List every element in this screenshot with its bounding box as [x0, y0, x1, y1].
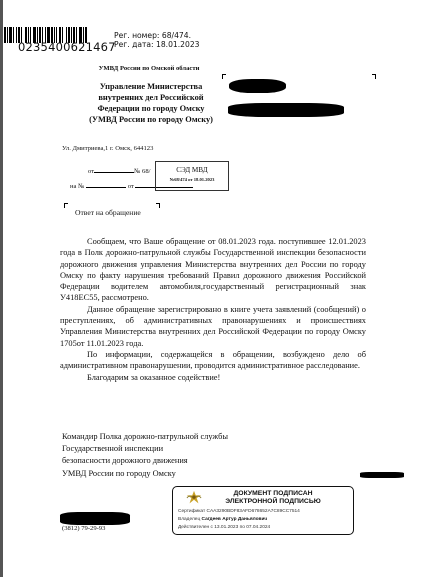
letter-body: Сообщаем, что Ваше обращение от 08.01.20…: [60, 236, 366, 383]
body-paragraph: Сообщаем, что Ваше обращение от 08.01.20…: [60, 236, 366, 304]
letter-subject: Ответ на обращение: [75, 208, 141, 217]
registration-info: Рег. номер: 68/474. Рег. дата: 18.01.202…: [114, 31, 200, 49]
certificate-label: Сертификат: [178, 509, 205, 514]
contact-phone: (3812) 79-29-93: [62, 525, 105, 532]
owner-label: Владелец: [178, 517, 200, 522]
subject-corner-left: [64, 203, 68, 208]
certificate-value: CAA3290BDF83AFD678652A7C89CC7514: [207, 509, 300, 514]
owner-row: Владелец Сагдеев Артур Даньялович: [178, 517, 267, 522]
body-paragraph: Данное обращение зарегистрировано в книг…: [60, 304, 366, 349]
signer-title: Командир Полка дорожно-патрульной службы…: [62, 431, 228, 480]
stamp-number: №68/474 от 18.01.2023: [156, 177, 228, 182]
certificate-row: Сертификат CAA3290BDF83AFD678652A7C89CC7…: [178, 509, 300, 514]
recipient-corner-right: [372, 74, 376, 79]
reg-date: Рег. дата: 18.01.2023: [114, 40, 200, 49]
recipient-address-redaction: [228, 103, 344, 117]
org-line: внутренних дел Российской: [66, 92, 236, 103]
page-left-edge: [0, 0, 3, 577]
signer-line: безопасности дорожного движения: [62, 455, 228, 467]
signer-line: УМВД России по городу Омску: [62, 468, 228, 480]
stamp-title: СЭД МВД: [156, 166, 228, 174]
barcode-number: 0235400621467: [18, 40, 116, 54]
executor-name-redaction: [60, 512, 130, 525]
subject-corner-right: [156, 203, 160, 208]
signer-name-redaction: [360, 472, 404, 478]
organization-name: Управление Министерства внутренних дел Р…: [66, 81, 236, 125]
signature-heading-line: ЭЛЕКТРОННОЙ ПОДПИСЬЮ: [199, 498, 347, 506]
signature-heading: ДОКУМЕНТ ПОДПИСАН ЭЛЕКТРОННОЙ ПОДПИСЬЮ: [199, 490, 347, 506]
owner-value: Сагдеев Артур Даньялович: [202, 517, 268, 522]
incoming-number-label: на №: [70, 183, 84, 190]
recipient-corner-left: [222, 74, 226, 79]
org-line: (УМВД России по городу Омску): [66, 114, 236, 125]
recipient-name-redaction: [229, 79, 286, 93]
electronic-signature-stamp: ДОКУМЕНТ ПОДПИСАН ЭЛЕКТРОННОЙ ПОДПИСЬЮ С…: [172, 486, 354, 535]
sed-registration-stamp: СЭД МВД №68/474 от 18.01.2023: [155, 161, 229, 191]
signature-heading-line: ДОКУМЕНТ ПОДПИСАН: [199, 490, 347, 498]
org-line: Управление Министерства: [66, 81, 236, 92]
validity-row: Действителен с 13.01.2023 по 07.04.2024: [178, 525, 270, 530]
incoming-date-label: от: [128, 183, 134, 190]
incoming-number-blank: [86, 180, 126, 188]
org-line: Федерации по городу Омску: [66, 103, 236, 114]
reg-number: Рег. номер: 68/474.: [114, 31, 200, 40]
signer-line: Командир Полка дорожно-патрульной службы: [62, 431, 228, 443]
body-paragraph: По информации, содержащейся в обращении,…: [60, 349, 366, 372]
organization-address: Ул. Дмитриева,1 г. Омск, 644123: [62, 145, 153, 152]
outgoing-date-blank: [94, 165, 134, 173]
body-paragraph: Благодарим за оказанное содействие!: [60, 372, 366, 383]
outgoing-number-label: № 68/: [134, 168, 150, 175]
signer-line: Государственной инспекции: [62, 443, 228, 455]
outgoing-reference: от№ 68/: [88, 165, 150, 175]
parent-organization: УМВД России по Омской области: [84, 65, 214, 72]
